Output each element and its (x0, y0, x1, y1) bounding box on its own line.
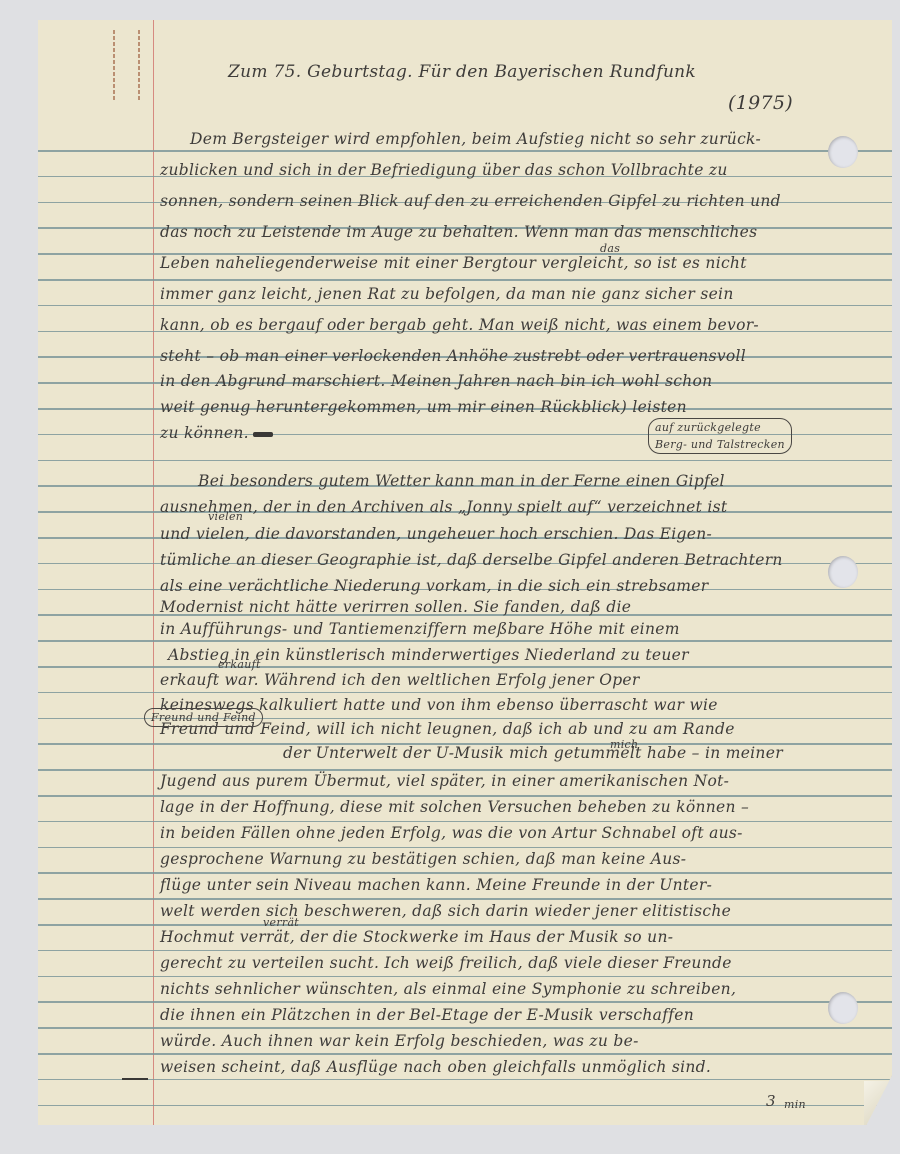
ruled-line (38, 460, 892, 462)
text-line: zublicken und sich in der Befriedigung ü… (160, 161, 728, 179)
ruled-line (38, 150, 892, 152)
text-line: sonnen, sondern seinen Blick auf den zu … (160, 192, 781, 210)
text-line: der Unterwelt der U-Musik mich getummelt… (283, 744, 783, 762)
ruled-line (38, 795, 892, 797)
text-line: Hochmut verrät, der die Stockwerke im Ha… (160, 928, 673, 946)
text-line: erkauft war. Während ich den weltlichen … (160, 671, 640, 689)
ruled-line (38, 1079, 892, 1081)
year-label: (1975) (728, 92, 793, 114)
ruled-line (38, 898, 892, 900)
ruled-line (38, 1001, 892, 1003)
text-line: und vielen, die davorstanden, ungeheuer … (160, 525, 712, 543)
ruled-line (38, 1105, 892, 1107)
ruled-line (38, 924, 892, 926)
ruled-line (38, 279, 892, 281)
ruled-line (38, 640, 892, 642)
punch-hole (828, 992, 858, 1024)
text-line: die ihnen ein Plätzchen in der Bel-Etage… (160, 1006, 694, 1024)
insertion-note: vielen (208, 510, 243, 523)
text-line: ausnehmen, der in den Archiven als „Jonn… (160, 498, 727, 516)
page-note: min (784, 1098, 806, 1111)
folded-corner (864, 1081, 892, 1125)
boxed-insertion: auf zurückgelegte Berg- und Talstrecken (648, 418, 792, 454)
staple-mark (113, 30, 115, 100)
text-line: in beiden Fällen ohne jeden Erfolg, was … (160, 824, 743, 842)
title-line: Zum 75. Geburtstag. Für den Bayerischen … (228, 62, 696, 82)
text-line: Modernist nicht hätte verirren sollen. S… (160, 598, 631, 616)
text-line: in Aufführungs- und Tantiemenziffern meß… (160, 620, 680, 638)
crossed-out-word (253, 432, 273, 437)
text-line: steht – ob man einer verlockenden Anhöhe… (160, 347, 746, 365)
punch-hole (828, 556, 858, 588)
text-line: würde. Auch ihnen war kein Erfolg beschi… (160, 1032, 639, 1050)
text-line: weit genug heruntergekommen, um mir eine… (160, 398, 687, 416)
text-line: flüge unter sein Niveau machen kann. Mei… (160, 876, 712, 894)
ruled-line (38, 950, 892, 952)
ruled-line (38, 769, 892, 771)
boxed-insertion: Freund und Feind (144, 708, 263, 727)
ruled-line (38, 872, 892, 874)
text-line: immer ganz leicht, jenen Rat zu befolgen… (160, 285, 734, 303)
text-line: tümliche an dieser Geographie ist, daß d… (160, 551, 783, 569)
text-line: als eine verächtliche Niederung vorkam, … (160, 577, 709, 595)
staple-mark (138, 30, 140, 100)
ruled-line (38, 692, 892, 694)
page-number: 3 (766, 1092, 776, 1110)
punch-hole (828, 136, 858, 168)
ruled-line (38, 666, 892, 668)
insertion-note: erkauft (218, 658, 261, 671)
text-line: Jugend aus purem Übermut, viel später, i… (160, 772, 729, 790)
ruled-line (38, 821, 892, 823)
text-line: gesprochene Warnung zu bestätigen schien… (160, 850, 686, 868)
ruled-line (38, 1053, 892, 1055)
text-line: kann, ob es bergauf oder bergab geht. Ma… (160, 316, 759, 334)
text-line: Leben naheliegenderweise mit einer Bergt… (160, 254, 747, 272)
text-line: Dem Bergsteiger wird empfohlen, beim Auf… (190, 130, 761, 148)
text-line: Bei besonders gutem Wetter kann man in d… (198, 472, 725, 490)
ruled-line (38, 976, 892, 978)
text-line: zu können. (160, 424, 249, 442)
text-line: lage in der Hoffnung, diese mit solchen … (160, 798, 749, 816)
ruled-line (38, 1027, 892, 1029)
ruled-line (38, 305, 892, 307)
text-line: in den Abgrund marschiert. Meinen Jahren… (160, 372, 712, 390)
manuscript-page: Zum 75. Geburtstag. Für den Bayerischen … (38, 20, 892, 1125)
text-line: das noch zu Leistende im Auge zu behalte… (160, 223, 757, 241)
text-line: welt werden sich beschweren, daß sich da… (160, 902, 731, 920)
margin-line (153, 20, 154, 1125)
text-line: gerecht zu verteilen sucht. Ich weiß fre… (160, 954, 732, 972)
text-line: weisen scheint, daß Ausflüge nach oben g… (160, 1058, 711, 1076)
pen-mark (122, 1078, 148, 1080)
ruled-line (38, 847, 892, 849)
text-line: nichts sehnlicher wünschten, als einmal … (160, 980, 736, 998)
